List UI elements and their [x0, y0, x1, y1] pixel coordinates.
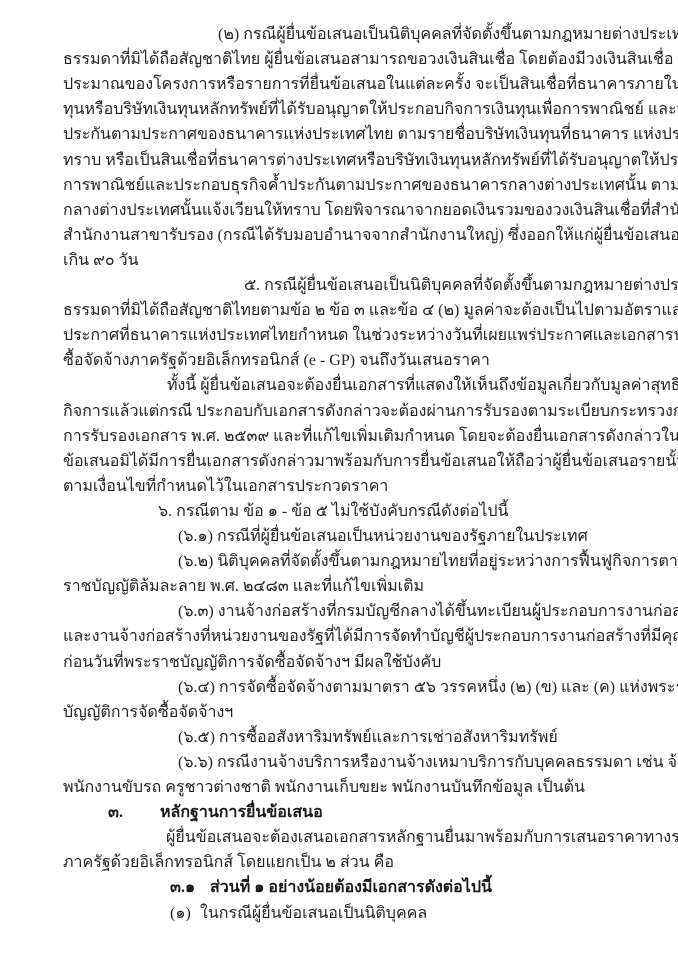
text-line-35-run-2: ส่วนที่ ๑ อย่างน้อยต้องมีเอกสารดังต่อไปน…	[210, 875, 492, 900]
text-line-29: (๖.๕) การซื้ออสังหาริมทรัพย์และการเช่าอส…	[178, 725, 558, 750]
text-line-36-run-2: ในกรณีผู้ยื่นข้อเสนอเป็นนิติบุคคล	[200, 901, 427, 926]
text-line-26: ก่อนวันที่พระราชบัญญัติการจัดซื้อจัดจ้าง…	[63, 650, 441, 675]
text-line-16: กิจการแล้วแต่กรณี ประกอบกับเอกสารดังกล่า…	[63, 399, 678, 424]
text-line-34: ภาครัฐด้วยอิเล็กทรอนิกส์ โดยแยกเป็น ๒ ส่…	[63, 850, 394, 875]
text-line-18: ข้อเสนอมิได้มีการยื่นเอกสารดังกล่าวมาพร้…	[63, 449, 678, 474]
document-page: (๒) กรณีผู้ยื่นข้อเสนอเป็นนิติบุคคลที่จั…	[0, 0, 678, 960]
text-line-30: (๖.๖) กรณีงานจ้างบริการหรืองานจ้างเหมาบร…	[178, 750, 678, 775]
text-line-1: (๒) กรณีผู้ยื่นข้อเสนอเป็นนิติบุคคลที่จั…	[218, 22, 678, 47]
text-line-27: (๖.๔) การจัดซื้อจัดจ้างตามมาตรา ๕๖ วรรคห…	[178, 675, 678, 700]
text-line-21: (๖.๑) กรณีที่ผู้ยื่นข้อเสนอเป็นหน่วยงานข…	[178, 524, 588, 549]
text-line-28: บัญญัติการจัดซื้อจัดจ้างฯ	[63, 700, 233, 725]
text-line-22: (๖.๒) นิติบุคคลที่จัดตั้งขึ้นตามกฎหมายไท…	[178, 549, 678, 574]
text-line-32-run-2: หลักฐานการยื่นข้อเสนอ	[160, 800, 323, 825]
text-line-36-run-1: (๑)	[170, 901, 191, 926]
text-line-13: ประกาศที่ธนาคารแห่งประเทศไทยกำหนด ในช่วง…	[63, 323, 678, 348]
text-line-12: ธรรมดาที่มิได้ถือสัญชาติไทยตามข้อ ๒ ข้อ …	[63, 298, 678, 323]
text-line-31: พนักงานขับรถ ครูชาวต่างชาติ พนักงานเก็บข…	[63, 775, 585, 800]
text-line-35-run-1: ๓.๑	[170, 875, 195, 900]
text-line-25: และงานจ้างก่อสร้างที่หน่วยงานของรัฐที่ได…	[63, 624, 678, 649]
text-line-20: ๖. กรณีตาม ข้อ ๑ - ข้อ ๕ ไม่ใช้บังคับกรณ…	[158, 499, 508, 524]
text-line-5: ประกันตามประกาศของธนาคารแห่งประเทศไทย ตา…	[63, 122, 678, 147]
text-line-23: ราชบัญญัติล้มละลาย พ.ศ. ๒๔๘๓ และที่แก้ไข…	[63, 574, 424, 599]
text-line-17: การรับรองเอกสาร พ.ศ. ๒๕๓๙ และที่แก้ไขเพิ…	[63, 424, 678, 449]
text-line-19: ตามเงื่อนไขที่กำหนดไว้ในเอกสารประกวดราคา	[63, 474, 388, 499]
text-line-9: สำนักงานสาขารับรอง (กรณีได้รับมอบอำนาจจา…	[63, 223, 678, 248]
text-line-6: ทราบ หรือเป็นสินเชื่อที่ธนาคารต่างประเทศ…	[63, 148, 678, 173]
text-line-2: ธรรมดาที่มิได้ถือสัญชาติไทย ผู้ยื่นข้อเส…	[63, 47, 678, 72]
text-line-4: ทุนหรือบริษัทเงินทุนหลักทรัพย์ที่ได้รับอ…	[63, 97, 678, 122]
text-line-3: ประมาณของโครงการหรือรายการที่ยื่นข้อเสนอ…	[63, 72, 678, 97]
text-line-15: ทั้งนี้ ผู้ยื่นข้อเสนอจะต้องยื่นเอกสารที…	[167, 373, 678, 398]
text-line-24: (๖.๓) งานจ้างก่อสร้างที่กรมบัญชีกลางได้ข…	[178, 599, 678, 624]
text-line-11: ๕. กรณีผู้ยื่นข้อเสนอเป็นนิติบุคคลที่จัด…	[244, 273, 678, 298]
text-line-14: ซื้อจัดจ้างภาครัฐด้วยอิเล็กทรอนิกส์ (e -…	[63, 348, 490, 373]
text-line-8: กลางต่างประเทศนั้นแจ้งเวียนให้ทราบ โดยพิ…	[63, 198, 678, 223]
text-line-10: เกิน ๙๐ วัน	[63, 248, 139, 273]
text-line-7: การพาณิชย์และประกอบธุรกิจค้ำประกันตามประ…	[63, 173, 678, 198]
text-line-32-run-1: ๓.	[108, 800, 123, 825]
text-line-33: ผู้ยื่นข้อเสนอจะต้องเสนอเอกสารหลักฐานยื่…	[166, 825, 678, 850]
